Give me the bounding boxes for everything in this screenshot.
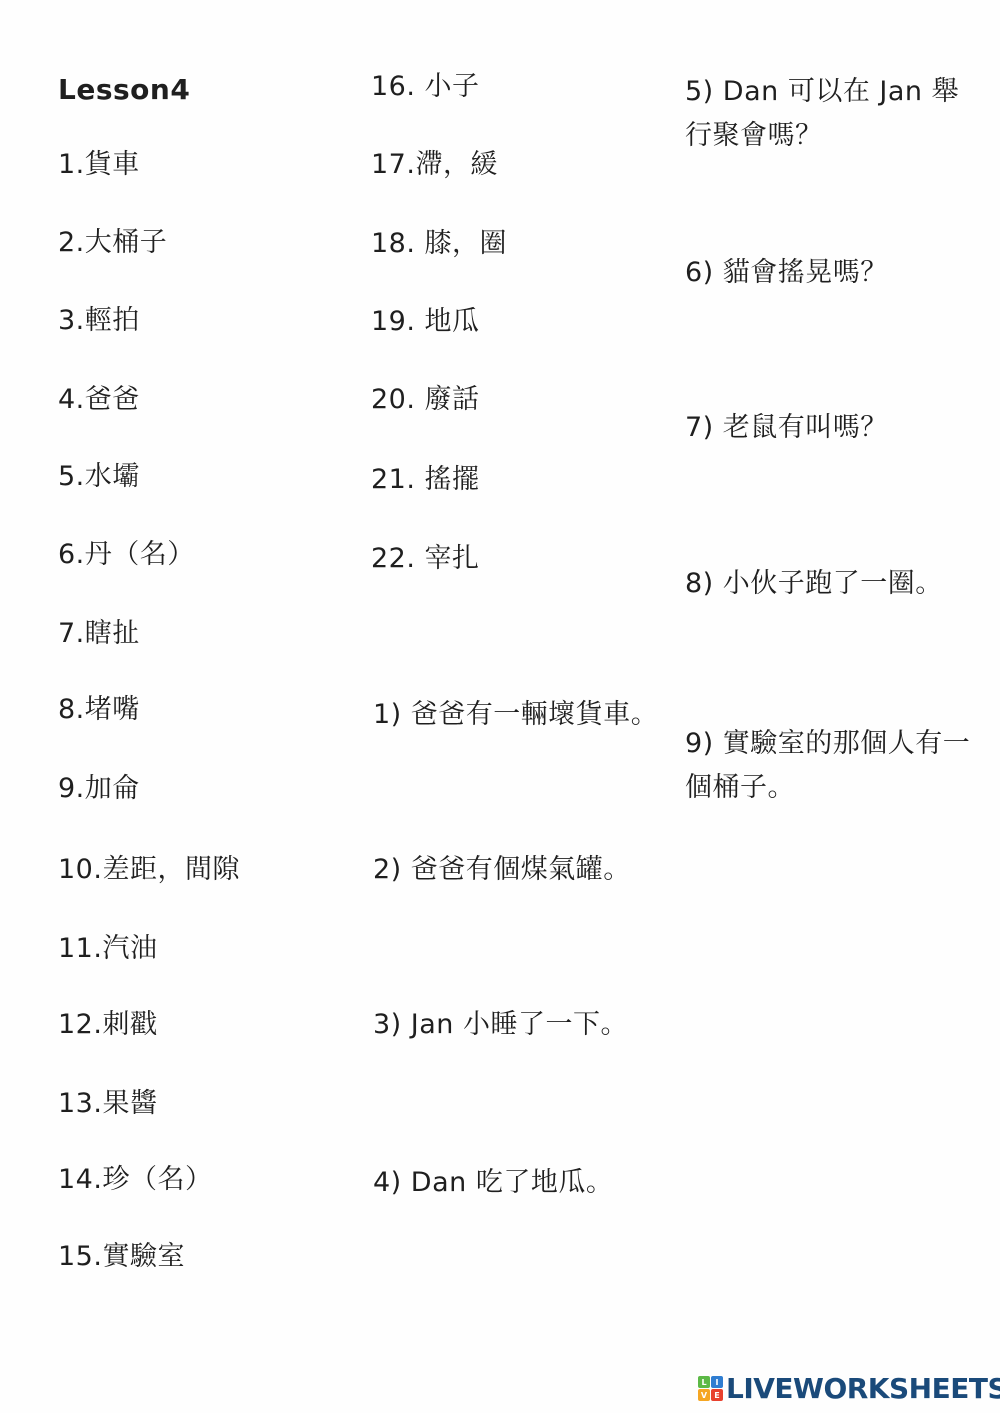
vocab-item-5: 5.水壩 [58,460,140,494]
sentence-9: 9) 實驗室的那個人有一個桶子。 [685,722,985,809]
vocab-item-19: 19. 地瓜 [371,305,480,339]
vocab-item-15: 15.實驗室 [58,1240,185,1274]
lesson-title: Lesson4 [58,72,190,107]
vocab-item-3: 3.輕拍 [58,304,140,338]
vocab-item-7: 7.瞎扯 [58,617,140,651]
sentence-4: 4) Dan 吃了地瓜。 [373,1166,613,1200]
vocab-item-12: 12.刺戳 [58,1008,157,1042]
vocab-item-10: 10.差距，間隙 [58,853,240,887]
vocab-item-8: 8.堵嘴 [58,693,140,727]
sentence-5: 5) Dan 可以在 Jan 舉行聚會嗎？ [685,70,985,157]
vocab-item-9: 9.加侖 [58,772,140,806]
sentence-3: 3) Jan 小睡了一下。 [373,1008,628,1042]
vocab-item-2: 2.大桶子 [58,226,167,260]
sentence-2: 2) 爸爸有個煤氣罐。 [373,853,631,887]
vocab-item-20: 20. 廢話 [371,383,480,417]
logo-letter-v: V [698,1389,710,1401]
vocab-item-17: 17.滯，緩 [371,148,498,182]
vocab-item-4: 4.爸爸 [58,383,140,417]
vocab-item-6: 6.丹（名） [58,538,195,572]
vocab-item-13: 13.果醬 [58,1087,157,1121]
vocab-item-11: 11.汽油 [58,932,157,966]
logo-letter-i: I [711,1376,723,1388]
sentence-1: 1) 爸爸有一輛壞貨車。 [373,698,658,732]
logo-letter-l: L [698,1376,710,1388]
vocab-item-1: 1.貨車 [58,148,140,182]
sentence-7: 7) 老鼠有叫嗎？ [685,411,888,445]
vocab-item-18: 18. 膝，圈 [371,227,507,261]
vocab-item-14: 14.珍（名） [58,1163,212,1197]
logo-letter-e: E [711,1389,723,1401]
liveworksheets-wordmark: LIVEWORKSHEETS [726,1372,1000,1405]
liveworksheets-logo[interactable]: L I V E LIVEWORKSHEETS [698,1372,1000,1405]
liveworksheets-grid-icon: L I V E [698,1376,723,1401]
sentence-8: 8) 小伙子跑了一圈。 [685,567,943,601]
sentence-6: 6) 貓會搖晃嗎？ [685,256,888,290]
worksheet-page: Lesson4 1.貨車 2.大桶子 3.輕拍 4.爸爸 5.水壩 6.丹（名）… [0,0,1000,1413]
vocab-item-22: 22. 宰扎 [371,542,480,576]
vocab-item-21: 21. 搖擺 [371,463,480,497]
vocab-item-16: 16. 小子 [371,70,480,104]
